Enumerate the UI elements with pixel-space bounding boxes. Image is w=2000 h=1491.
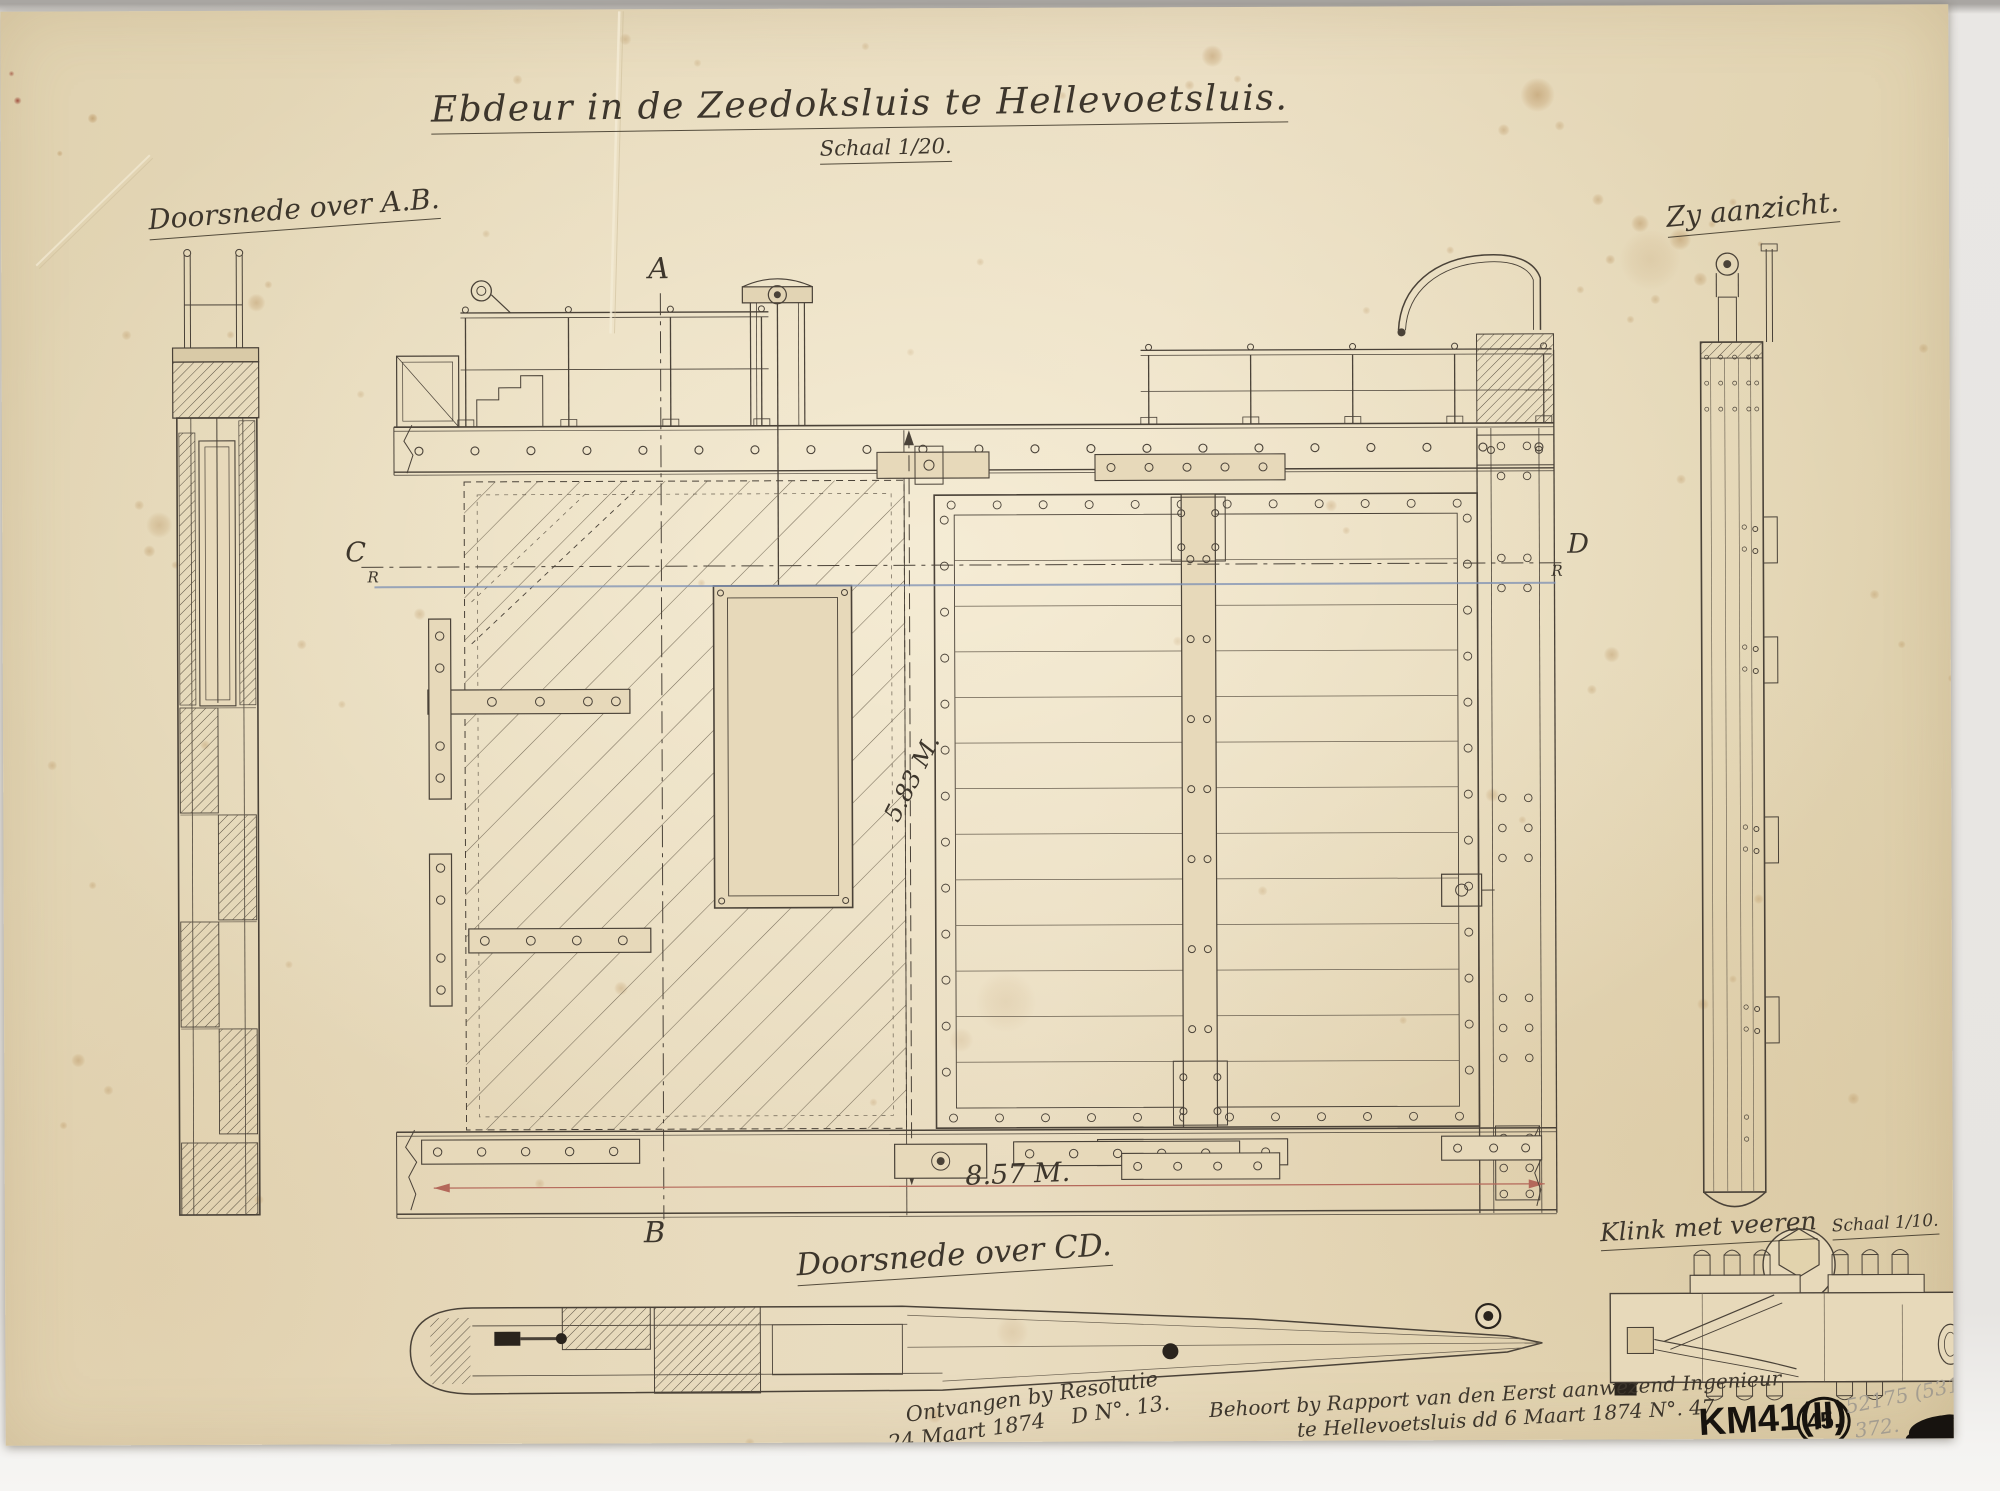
view-label-section-cd: Doorsnede over CD. — [795, 1228, 1113, 1287]
marker-c: C — [345, 538, 366, 568]
marker-b: B — [644, 1217, 665, 1249]
pencil-inventory-code: 52175 (5312) — [1844, 1369, 1954, 1417]
dimension-gate-height: 5.83 M. — [879, 731, 945, 826]
dimension-gate-width: 8.57 M. — [965, 1158, 1071, 1192]
pencil-inventory-code-2: 372. — [1853, 1413, 1900, 1441]
scan-backdrop: Ebdeur in de Zeedoksluis te Hellevoetslu… — [0, 0, 2000, 1491]
view-label-latch-scale: Schaal 1/10. — [1831, 1212, 1939, 1241]
ink-blot — [1907, 1413, 1954, 1446]
sheet-labels: Ebdeur in de Zeedoksluis te Hellevoetslu… — [0, 4, 1953, 1445]
marker-a: A — [648, 253, 669, 285]
archive-stamp-number-text: 45. — [1806, 1406, 1842, 1437]
view-label-latch: Klink met veeren — [1599, 1207, 1817, 1251]
view-label-section-ab: Doorsnede over A.B. — [147, 184, 441, 240]
sheet-scale: Schaal 1/20. — [820, 135, 952, 165]
drawing-sheet: Ebdeur in de Zeedoksluis te Hellevoetslu… — [0, 4, 1953, 1445]
marker-c-level: R — [367, 569, 378, 586]
marker-d-level: R — [1551, 563, 1562, 580]
marker-d: D — [1567, 530, 1589, 560]
sheet-title: Ebdeur in de Zeedoksluis te Hellevoetslu… — [431, 78, 1289, 134]
view-label-side: Zy aanzicht. — [1665, 187, 1841, 237]
